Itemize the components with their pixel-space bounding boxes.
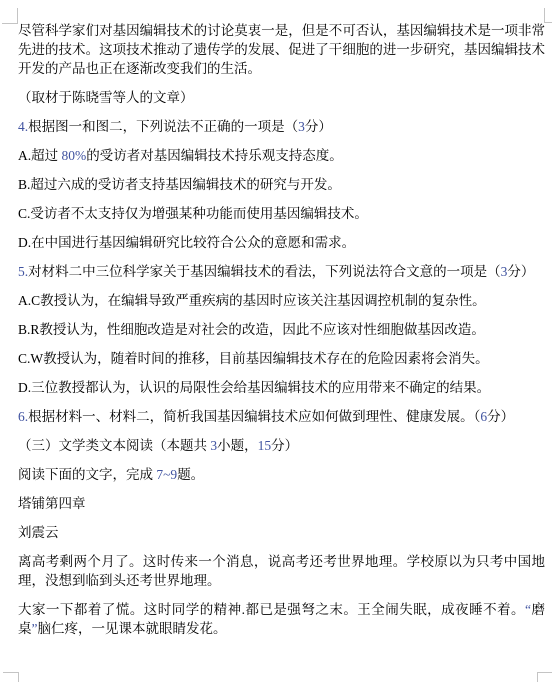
text-run: 小题， bbox=[217, 438, 258, 453]
text-run: A.C教授认为，在编辑导致严重疾病的基因时应该关注基因调控机制的复杂性。 bbox=[18, 293, 486, 308]
text-run: 题。 bbox=[177, 467, 204, 482]
crop-mark-bottom-left bbox=[3, 672, 19, 682]
text-run: 脑仁疼，一见课本就眼睛发花。 bbox=[38, 621, 227, 636]
question-4-option-a: A.超过 80%的受访者对基因编辑技术持乐观支持态度。 bbox=[18, 146, 545, 165]
text-run: （三）文学类文本阅读（本题共 bbox=[18, 438, 210, 453]
text-run: D.在中国进行基因编辑研究比较符合公众的意愿和需求。 bbox=[18, 235, 355, 250]
document-page: 尽管科学家们对基因编辑技术的讨论莫衷一是，但是不可否认，基因编辑技术是一项非常先… bbox=[0, 0, 552, 682]
crop-mark-bottom-right bbox=[537, 672, 552, 682]
question-5: 5.对材料二中三位科学家关于基因编辑技术的看法，下列说法符合文意的一项是（3分） bbox=[18, 262, 545, 281]
text-run: 分） bbox=[487, 409, 514, 424]
question-number: 5. bbox=[18, 264, 28, 279]
question-6: 6.根据材料一、材料二，简析我国基因编辑技术应如何做到理性、健康发展。（6分） bbox=[18, 407, 545, 426]
text-run: C.受访者不太支持仅为增强某种功能而使用基因编辑技术。 bbox=[18, 206, 368, 221]
question-range-number: 7~9 bbox=[156, 467, 177, 482]
question-4-option-b: B.超过六成的受访者支持基因编辑技术的研究与开发。 bbox=[18, 175, 545, 194]
author-name: 刘震云 bbox=[18, 523, 545, 542]
text-run: A.超过 bbox=[18, 148, 62, 163]
question-number: 4. bbox=[18, 119, 28, 134]
text-run: 大家一下都着了慌。这时同学的精神.都已是强弩之末。王全闹失眠，成夜睡不着。 bbox=[18, 602, 525, 617]
question-5-option-c: C.W教授认为，随着时间的推移，目前基因编辑技术存在的危险因素将会消失。 bbox=[18, 349, 545, 368]
text-run: 阅读下面的文字，完成 bbox=[18, 467, 156, 482]
text-run: （取材于陈晓雪等人的文章） bbox=[18, 90, 194, 105]
text-run: 的受访者对基因编辑技术持乐观支持态度。 bbox=[86, 148, 343, 163]
text-run: 分） bbox=[507, 264, 534, 279]
question-4: 4.根据图一和图二，下列说法不正确的一项是（3分） bbox=[18, 117, 545, 136]
story-paragraph-2: 大家一下都着了慌。这时同学的精神.都已是强弩之末。王全闹失眠，成夜睡不着。“磨桌… bbox=[18, 600, 545, 638]
question-4-option-c: C.受访者不太支持仅为增强某种功能而使用基因编辑技术。 bbox=[18, 204, 545, 223]
text-run: 尽管科学家们对基因编辑技术的讨论莫衷一是，但是不可否认，基因编辑技术是一项非常先… bbox=[18, 23, 545, 76]
score-number: 3 bbox=[298, 119, 305, 134]
source-attribution: （取材于陈晓雪等人的文章） bbox=[18, 88, 545, 107]
score-number: 15 bbox=[258, 438, 272, 453]
text-run: D.三位教授都认为，认识的局限性会给基因编辑技术的应用带来不确定的结果。 bbox=[18, 380, 490, 395]
question-4-option-d: D.在中国进行基因编辑研究比较符合公众的意愿和需求。 bbox=[18, 233, 545, 252]
text-run: 分） bbox=[305, 119, 332, 134]
question-number: 6. bbox=[18, 409, 28, 424]
text-run: 塔铺第四章 bbox=[18, 496, 86, 511]
document-content: 尽管科学家们对基因编辑技术的讨论莫衷一是，但是不可否认，基因编辑技术是一项非常先… bbox=[18, 21, 545, 648]
text-run: B.超过六成的受访者支持基因编辑技术的研究与开发。 bbox=[18, 177, 341, 192]
question-5-option-d: D.三位教授都认为，认识的局限性会给基因编辑技术的应用带来不确定的结果。 bbox=[18, 378, 545, 397]
text-run: B.R教授认为，性细胞改造是对社会的改造，因此不应该对性细胞做基因改造。 bbox=[18, 322, 485, 337]
story-paragraph-1: 离高考剩两个月了。这时传来一个消息，说高考还考世界地理。学校原以为只考中国地理，… bbox=[18, 552, 545, 590]
text-run: 离高考剩两个月了。这时传来一个消息，说高考还考世界地理。学校原以为只考中国地理，… bbox=[18, 554, 545, 588]
text-run: C.W教授认为，随着时间的推移，目前基因编辑技术存在的危险因素将会消失。 bbox=[18, 351, 489, 366]
section-3-heading: （三）文学类文本阅读（本题共 3小题，15分） bbox=[18, 436, 545, 455]
text-run: 对材料二中三位科学家关于基因编辑技术的看法，下列说法符合文意的一项是（ bbox=[28, 264, 501, 279]
paragraph-material-intro: 尽管科学家们对基因编辑技术的讨论莫衷一是，但是不可否认，基因编辑技术是一项非常先… bbox=[18, 21, 545, 78]
work-title: 塔铺第四章 bbox=[18, 494, 545, 513]
reading-instruction: 阅读下面的文字，完成 7~9题。 bbox=[18, 465, 545, 484]
crop-mark-top-right bbox=[544, 8, 552, 23]
crop-mark-top-left bbox=[2, 8, 18, 24]
text-run: 分） bbox=[271, 438, 298, 453]
text-run: 根据材料一、材料二，简析我国基因编辑技术应如何做到理性、健康发展。（ bbox=[28, 409, 480, 424]
text-run: 刘震云 bbox=[18, 525, 59, 540]
text-run: 根据图一和图二，下列说法不正确的一项是（ bbox=[28, 119, 298, 134]
question-5-option-a: A.C教授认为，在编辑导致严重疾病的基因时应该关注基因调控机制的复杂性。 bbox=[18, 291, 545, 310]
percentage-number: 80% bbox=[62, 148, 87, 163]
question-5-option-b: B.R教授认为，性细胞改造是对社会的改造，因此不应该对性细胞做基因改造。 bbox=[18, 320, 545, 339]
